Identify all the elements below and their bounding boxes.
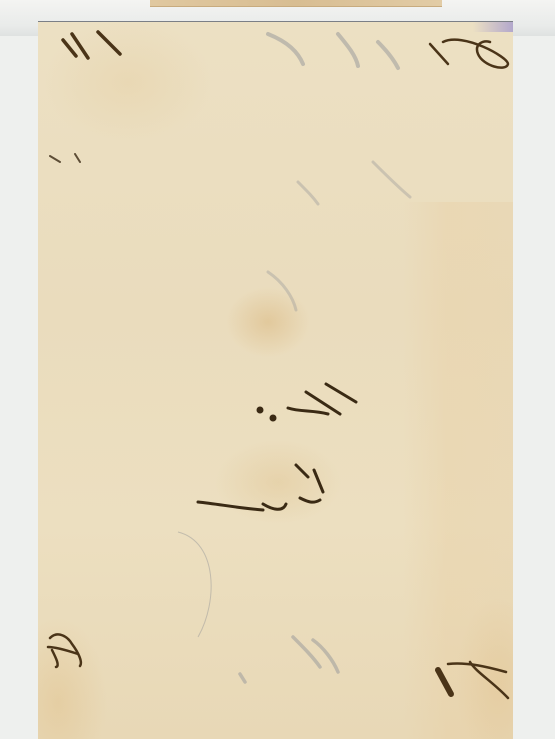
paper-card (38, 21, 513, 739)
handwriting-marks (38, 22, 513, 739)
adjacent-card-edge (150, 0, 442, 7)
